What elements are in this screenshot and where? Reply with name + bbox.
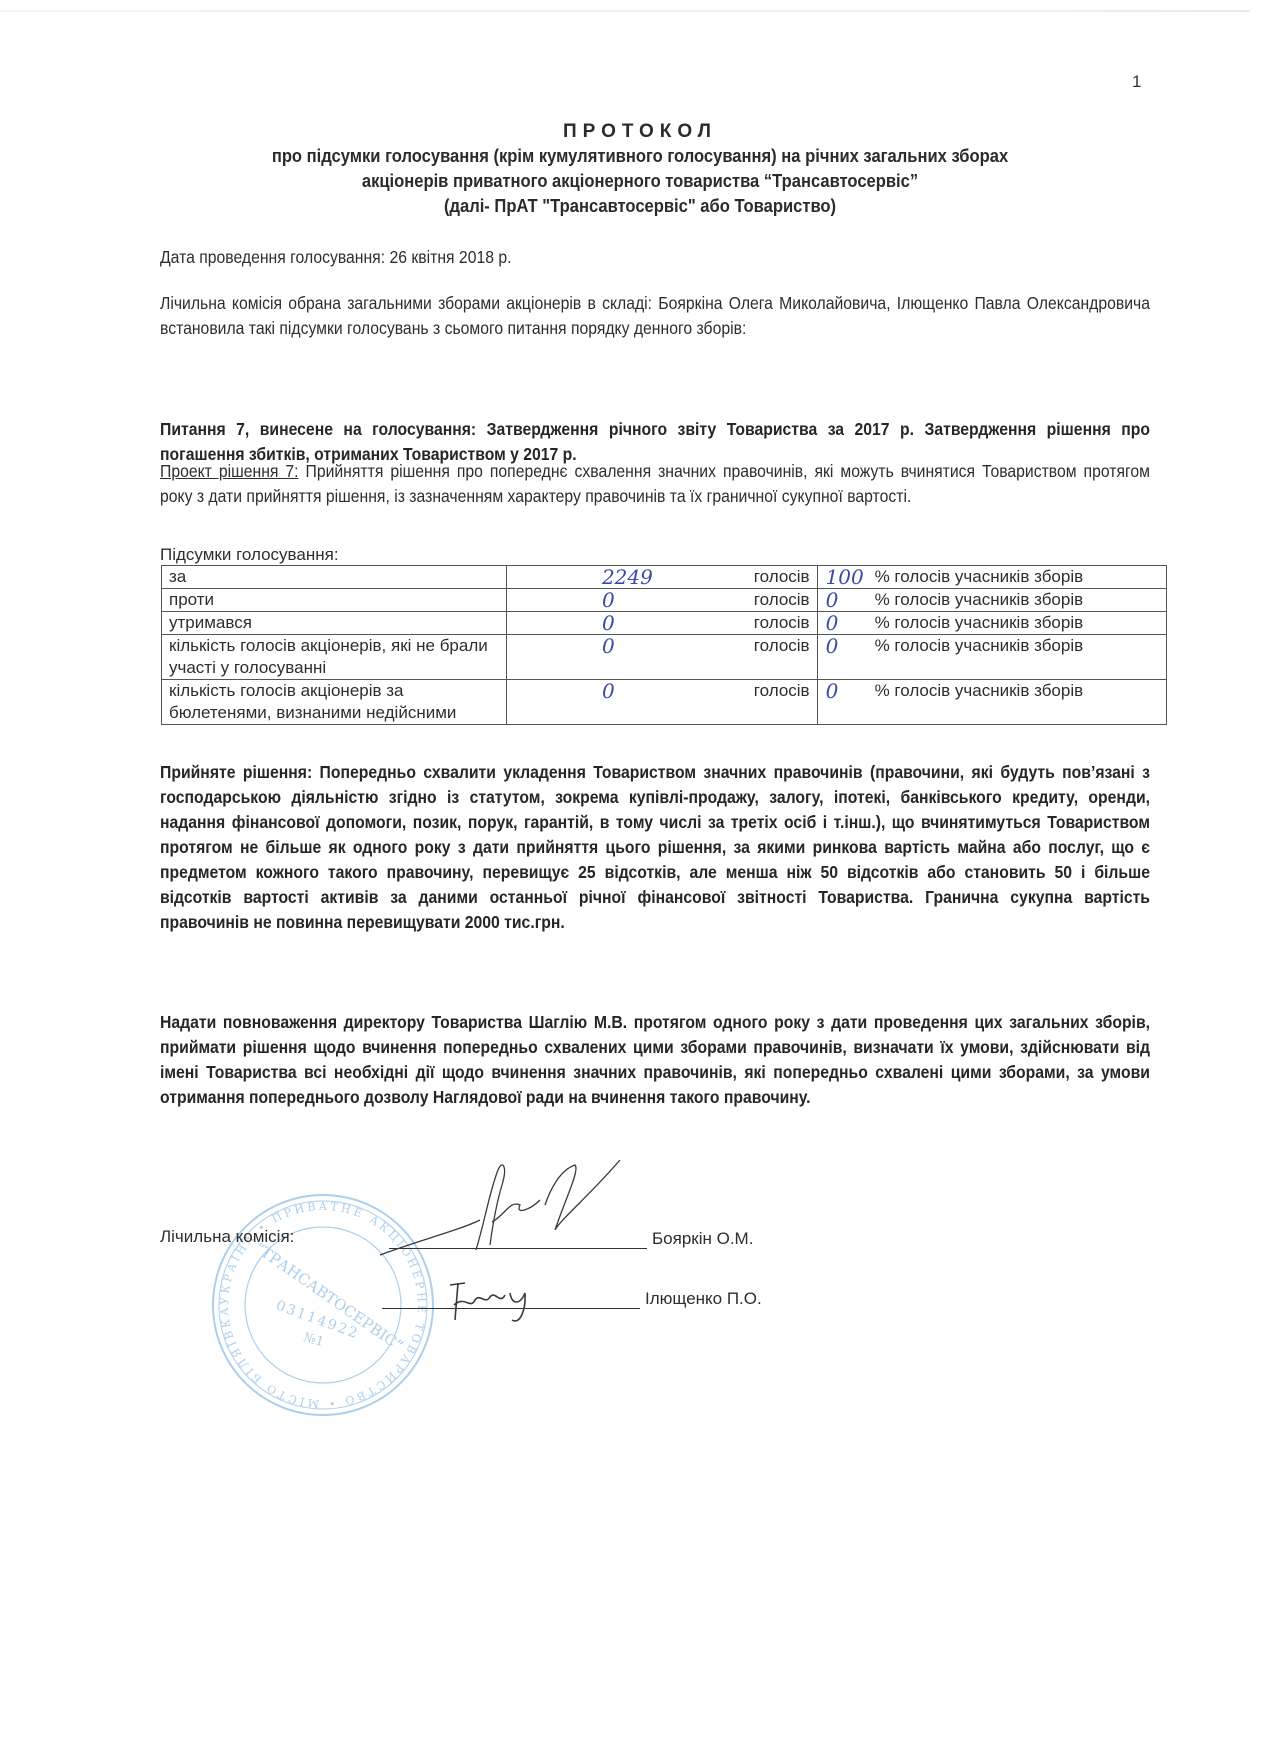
unit-label: голосів [754, 612, 810, 634]
vote-count: 0 [602, 589, 615, 611]
vote-count: 0 [602, 612, 615, 634]
vote-percent: 0 [826, 589, 839, 611]
voting-date: Дата проведення голосування: 26 квітня 2… [160, 245, 1150, 270]
vote-percent-cell: 0% голосів учасників зборів [817, 635, 1166, 680]
vote-percent-cell: 0% голосів учасників зборів [817, 680, 1166, 725]
draft-text: Прийняття рішення про попереднє схваленн… [160, 461, 1150, 506]
vote-category: проти [162, 589, 507, 612]
vote-category: за [162, 566, 507, 589]
unit-label: голосів [754, 635, 810, 657]
unit-label: голосів [754, 680, 810, 702]
table-row: проти0голосів0% голосів учасників зборів [162, 589, 1167, 612]
vote-category: утримався [162, 612, 507, 635]
unit-label: голосів [754, 589, 810, 611]
scan-edge [0, 10, 1250, 12]
vote-percent: 0 [826, 612, 839, 634]
table-row: кількість голосів акціонерів, які не бра… [162, 635, 1167, 680]
commission-label: Лічильна комісія: [160, 1227, 294, 1247]
signer-name: Бояркін О.М. [652, 1229, 753, 1249]
signer-name: Ілющенко П.О. [645, 1289, 762, 1309]
table-row: утримався0голосів0% голосів учасників зб… [162, 612, 1167, 635]
authority-grant: Надати повноваження директору Товариства… [160, 1010, 1150, 1110]
percent-label: % голосів учасників зборів [825, 635, 1084, 657]
commission-text: Лічильна комісія обрана загальними збора… [160, 291, 1150, 341]
vote-count-cell: 0голосів [506, 612, 817, 635]
handwritten-signature [380, 1160, 640, 1270]
draft-decision: Проект рішення 7: Прийняття рішення про … [160, 459, 1150, 509]
page-number: 1 [1132, 72, 1141, 92]
voting-results-table: за2249голосів100% голосів учасників збор… [161, 565, 1167, 725]
percent-label: % голосів учасників зборів [825, 612, 1084, 634]
vote-count: 0 [602, 635, 615, 657]
document-title: ПРОТОКОЛ [160, 120, 1120, 144]
unit-label: голосів [754, 566, 810, 588]
adopted-decision: Прийняте рішення: Попередньо схвалити ук… [160, 760, 1150, 935]
vote-count-cell: 0голосів [506, 680, 817, 725]
percent-label: % голосів учасників зборів [825, 680, 1084, 702]
vote-count: 0 [602, 680, 615, 702]
percent-label: % голосів учасників зборів [825, 589, 1084, 611]
vote-percent: 0 [826, 635, 839, 657]
vote-percent-cell: 0% голосів учасників зборів [817, 612, 1166, 635]
results-label: Підсумки голосування: [160, 545, 339, 565]
table-row: за2249голосів100% голосів учасників збор… [162, 566, 1167, 589]
vote-count-cell: 2249голосів [506, 566, 817, 589]
vote-percent: 0 [826, 680, 839, 702]
subtitle-line: про підсумки голосування (крім кумулятив… [198, 144, 1081, 169]
vote-percent-cell: 0% голосів учасників зборів [817, 589, 1166, 612]
vote-count-cell: 0голосів [506, 635, 817, 680]
vote-percent: 100 [826, 566, 864, 588]
subtitle-line: (далі- ПрАТ "Трансавтосервіс" або Товари… [198, 194, 1081, 219]
vote-category: кількість голосів акціонерів за бюлетеня… [162, 680, 507, 725]
table-row: кількість голосів акціонерів за бюлетеня… [162, 680, 1167, 725]
draft-label: Проект рішення 7: [160, 461, 299, 481]
handwritten-signature [440, 1265, 560, 1325]
vote-percent-cell: 100% голосів учасників зборів [817, 566, 1166, 589]
document-header: ПРОТОКОЛ про підсумки голосування (крім … [160, 120, 1120, 219]
vote-count-cell: 0голосів [506, 589, 817, 612]
vote-category: кількість голосів акціонерів, які не бра… [162, 635, 507, 680]
vote-count: 2249 [602, 566, 653, 588]
subtitle-line: акціонерів приватного акціонерного товар… [198, 169, 1081, 194]
